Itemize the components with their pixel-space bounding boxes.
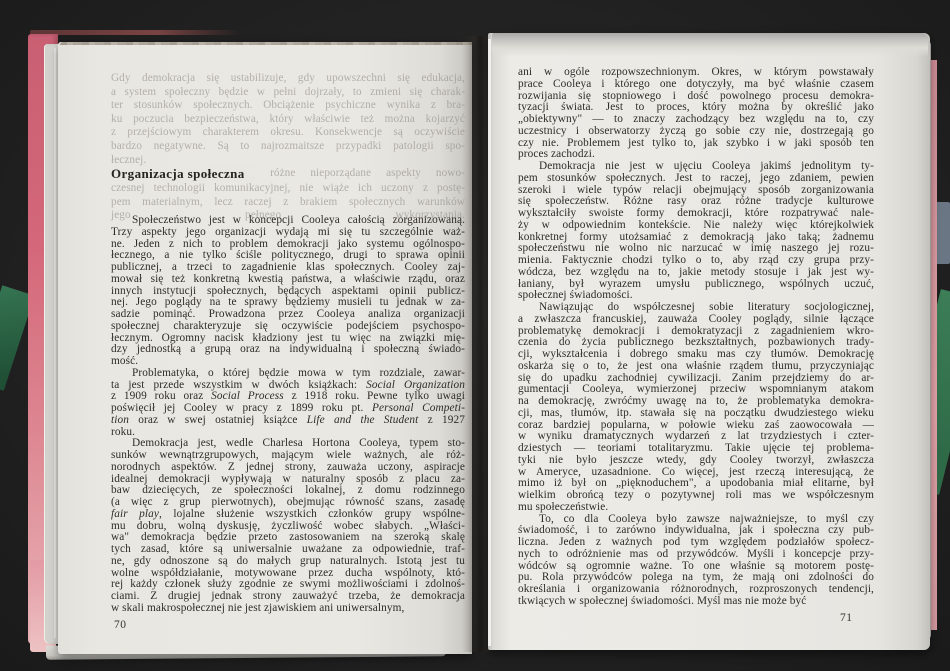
text-line: ku poczucia bezpieczeństwa, który właści… <box>111 113 465 127</box>
text-line: z przejściowym charakterem okresu. Konse… <box>111 126 465 140</box>
text-line: pem materialnym, lecz raczej z brakiem s… <box>111 196 465 210</box>
text-line: Gdy demokracja się ustabilizuje, gdy upo… <box>111 72 465 86</box>
text-line: ter stosunków społecznych. Obciążenie ps… <box>111 99 465 113</box>
left-page: Gdy demokracja się ustabilizuje, gdy upo… <box>58 42 472 654</box>
left-page-text: Społeczeństwo jest w koncepcji Cooleya c… <box>111 215 465 615</box>
text-line: czesnej technologii komunikacyjnej, nie … <box>111 182 465 196</box>
cover-top-edge <box>30 30 240 35</box>
text-line: w skali makrospołecznej nie jest zjawisk… <box>111 603 465 615</box>
text-line: tion oraz w swej ostatniej książce Life … <box>111 415 465 427</box>
right-page: ani w ogóle rozpowszechnionym. Okres, w … <box>488 33 930 650</box>
section-heading: Organizacja społeczna <box>111 166 255 182</box>
text-line: a system społeczny będzie w pełni dojrza… <box>111 86 465 100</box>
book-photo-canvas: Gdy demokracja się ustabilizuje, gdy upo… <box>0 0 950 671</box>
text-line: dzy jednostką a grupą oraz na indywidual… <box>111 344 465 356</box>
text-line: bardzo negatywne. Są to najrozmaitsze pr… <box>111 140 465 154</box>
right-page-text: ani w ogóle rozpowszechnionym. Okres, w … <box>518 67 874 608</box>
cover-right-edge <box>930 60 937 630</box>
page-number-left: 70 <box>114 619 127 631</box>
text-line: tkwiących w społecznej świadomości. Myśl… <box>518 596 874 608</box>
ghost-text-top: Gdy demokracja się ustabilizuje, gdy upo… <box>111 72 465 181</box>
page-number-right: 71 <box>840 612 853 624</box>
